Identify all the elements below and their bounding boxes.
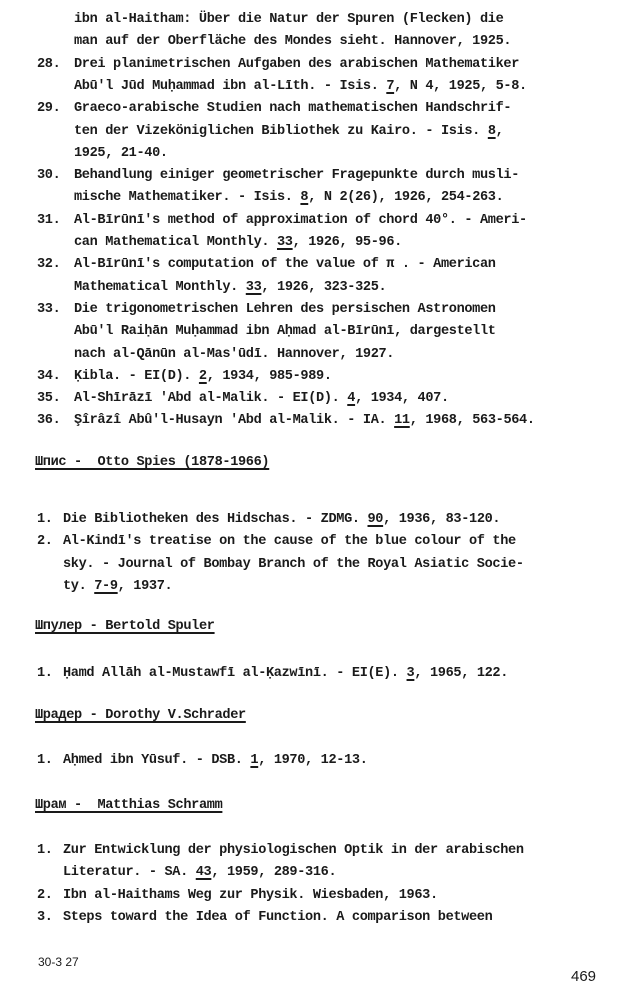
bibliography-entry-line: Ibn al-Haithams Weg zur Physik. Wiesbade… bbox=[63, 885, 438, 907]
continuation-line: ibn al-Haitham: Über die Natur der Spure… bbox=[74, 9, 503, 31]
bibliography-entry-line: Graeco-arabische Studien nach mathematis… bbox=[74, 98, 511, 120]
volume-number: 33 bbox=[277, 235, 293, 250]
entry-number: 28. bbox=[37, 54, 60, 76]
bibliography-entry-line: nach al-Qānūn al-Mas'ūdī. Hannover, 1927… bbox=[74, 344, 394, 366]
entry-number: 33. bbox=[37, 299, 60, 321]
entry-number: 36. bbox=[37, 410, 60, 432]
bibliography-entry-line: Al-Bīrūnī's computation of the value of … bbox=[74, 254, 496, 276]
author-heading: Шрам - Matthias Schramm bbox=[35, 795, 222, 817]
entry-number: 1. bbox=[37, 509, 53, 531]
volume-number: 90 bbox=[368, 512, 384, 527]
bibliography-entry-line: Literatur. - SA. 43, 1959, 289-316. bbox=[63, 862, 336, 884]
volume-number: 3 bbox=[407, 666, 415, 681]
entry-number: 3. bbox=[37, 907, 53, 929]
bibliography-entry-line: Die Bibliotheken des Hidschas. - ZDMG. 9… bbox=[63, 509, 500, 531]
bibliography-entry-line: Mathematical Monthly. 33, 1926, 323-325. bbox=[74, 277, 386, 299]
volume-number: 33 bbox=[246, 280, 262, 295]
entry-number: 35. bbox=[37, 388, 60, 410]
volume-number: 1 bbox=[250, 753, 258, 768]
volume-number: 4 bbox=[347, 391, 355, 406]
bibliography-entry-line: Die trigonometrischen Lehren des persisc… bbox=[74, 299, 496, 321]
entry-number: 34. bbox=[37, 366, 60, 388]
bibliography-entry-line: Al-Bīrūnī's method of approximation of c… bbox=[74, 210, 527, 232]
bibliography-entry-line: Al-Shīrāzī 'Abd al-Malik. - EI(D). 4, 19… bbox=[74, 388, 449, 410]
bibliography-entry-line: ten der Vizeköniglichen Bibliothek zu Ka… bbox=[74, 121, 503, 143]
author-heading: Шпис - Otto Spies (1878-1966) bbox=[35, 452, 269, 474]
bibliography-entry-line: Behandlung einiger geometrischer Fragepu… bbox=[74, 165, 519, 187]
entry-number: 29. bbox=[37, 98, 60, 120]
volume-number: 7-9 bbox=[94, 579, 117, 594]
bibliography-entry-line: Ḥamd Allāh al-Mustawfī al-Ḳazwīnī. - EI(… bbox=[63, 663, 508, 685]
bibliography-entry-line: Abū'l Jūd Muḥammad ibn al-Līth. - Isis. … bbox=[74, 76, 527, 98]
bibliography-entry-line: ty. 7-9, 1937. bbox=[63, 576, 172, 598]
entry-number: 32. bbox=[37, 254, 60, 276]
continuation-line: man auf der Oberfläche des Mondes sieht.… bbox=[74, 31, 511, 53]
entry-number: 2. bbox=[37, 885, 53, 907]
author-heading: Шпулер - Bertold Spuler bbox=[35, 616, 215, 638]
entry-number: 30. bbox=[37, 165, 60, 187]
bibliography-entry-line: 1925, 21-40. bbox=[74, 143, 168, 165]
volume-number: 7 bbox=[386, 79, 394, 94]
printer-signature: 30-3 27 bbox=[38, 955, 79, 969]
page-number: 469 bbox=[571, 968, 596, 985]
bibliography-entry-line: mische Mathematiker. - Isis. 8, N 2(26),… bbox=[74, 187, 503, 209]
bibliography-entry-line: Abū'l Raiḥān Muḥammad ibn Aḥmad al-Bīrūn… bbox=[74, 321, 496, 343]
bibliography-entry-line: Al-Kindī's treatise on the cause of the … bbox=[63, 531, 516, 553]
volume-number: 8 bbox=[300, 190, 308, 205]
bibliography-entry-line: Aḥmed ibn Yūsuf. - DSB. 1, 1970, 12-13. bbox=[63, 750, 368, 772]
entry-number: 31. bbox=[37, 210, 60, 232]
entry-number: 1. bbox=[37, 750, 53, 772]
entry-number: 1. bbox=[37, 663, 53, 685]
bibliography-entry-line: Ḳibla. - EI(D). 2, 1934, 985-989. bbox=[74, 366, 332, 388]
volume-number: 43 bbox=[196, 865, 212, 880]
author-heading: Шрадер - Dorothy V.Schrader bbox=[35, 705, 246, 727]
volume-number: 8 bbox=[488, 124, 496, 139]
bibliography-entry-line: Şîrâzî Abû'l-Husayn 'Abd al-Malik. - IA.… bbox=[74, 410, 535, 432]
bibliography-entry-line: sky. - Journal of Bombay Branch of the R… bbox=[63, 554, 524, 576]
bibliography-entry-line: Steps toward the Idea of Function. A com… bbox=[63, 907, 492, 929]
bibliography-entry-line: Zur Entwicklung der physiologischen Opti… bbox=[63, 840, 524, 862]
document-page: ibn al-Haitham: Über die Natur der Spure… bbox=[0, 0, 619, 1000]
volume-number: 11 bbox=[394, 413, 410, 428]
bibliography-entry-line: Drei planimetrischen Aufgaben des arabis… bbox=[74, 54, 519, 76]
volume-number: 2 bbox=[199, 369, 207, 384]
entry-number: 2. bbox=[37, 531, 53, 553]
entry-number: 1. bbox=[37, 840, 53, 862]
bibliography-entry-line: can Mathematical Monthly. 33, 1926, 95-9… bbox=[74, 232, 402, 254]
